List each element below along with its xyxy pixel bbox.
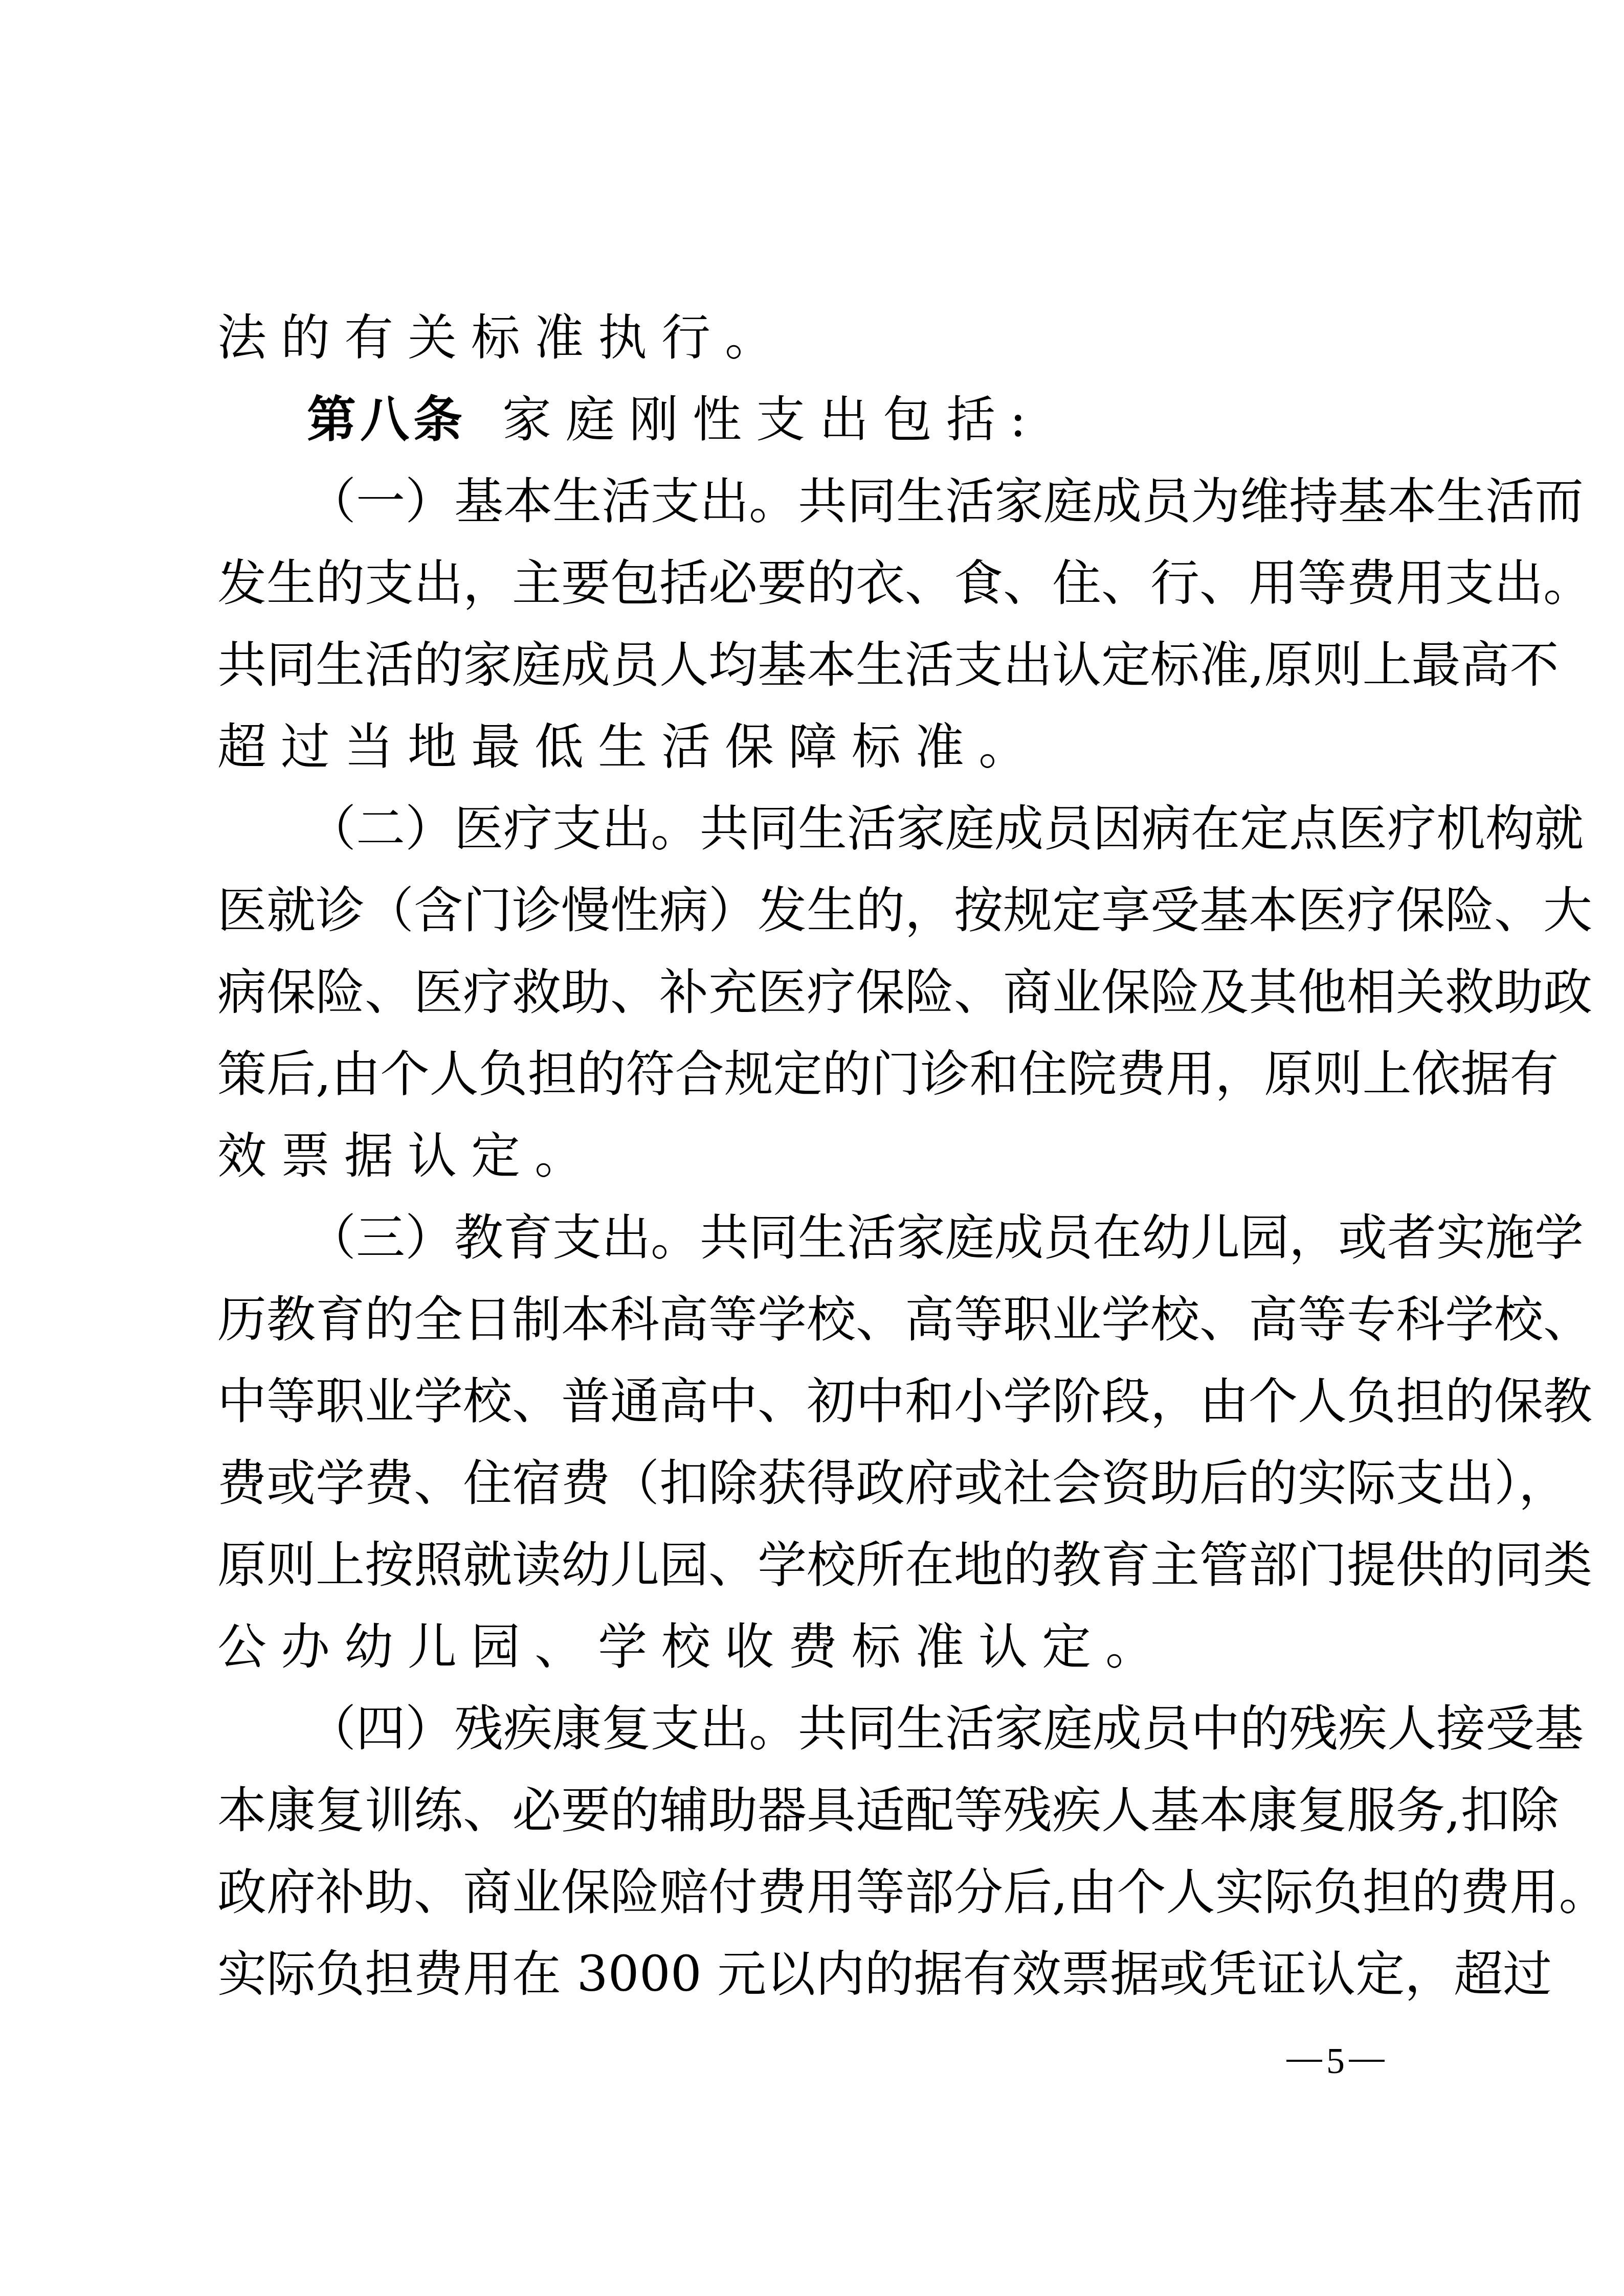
paragraph-line: 政府补助、商业保险赔付费用等部分后,由个人实际负担的费用。 bbox=[217, 1856, 1418, 1928]
paragraph-line: 超过当地最低生活保障标准。 bbox=[217, 711, 1418, 782]
paragraph-line: 原则上按照就读幼儿园、学校所在地的教育主管部门提供的同类 bbox=[217, 1529, 1418, 1601]
paragraph-line: 本康复训练、必要的辅助器具适配等残疾人基本康复服务,扣除 bbox=[217, 1774, 1418, 1846]
paragraph-line-item-3: （三）教育支出。共同生活家庭成员在幼儿园，或者实施学 bbox=[307, 1202, 1418, 1273]
paragraph-line: 法的有关标准执行。 bbox=[217, 302, 1418, 373]
paragraph-line: 中等职业学校、普通高中、初中和小学阶段，由个人负担的保教 bbox=[217, 1365, 1418, 1437]
article-number: 第八条 bbox=[307, 391, 466, 448]
article-title: 家庭刚性支出包括: bbox=[502, 391, 1040, 448]
page-number-dash-right bbox=[1349, 2060, 1385, 2062]
paragraph-line: 共同生活的家庭成员人均基本生活支出认定标准,原则上最高不 bbox=[217, 629, 1418, 701]
page-number-dash-left bbox=[1286, 2060, 1322, 2062]
paragraph-line: 效票据认定。 bbox=[217, 1120, 1418, 1191]
paragraph-line: 病保险、医疗救助、补充医疗保险、商业保险及其他相关救助政 bbox=[217, 956, 1418, 1028]
paragraph-line-item-1: （一）基本生活支出。共同生活家庭成员为维持基本生活而 bbox=[307, 465, 1418, 537]
paragraph-line: 公办幼儿园、学校收费标准认定。 bbox=[217, 1611, 1418, 1682]
paragraph-line-item-4: （四）残疾康复支出。共同生活家庭成员中的残疾人接受基 bbox=[307, 1693, 1418, 1764]
article-heading-line: 第八条家庭刚性支出包括: bbox=[307, 384, 1418, 455]
paragraph-line: 费或学费、住宿费（扣除获得政府或社会资助后的实际支出）， bbox=[217, 1447, 1418, 1519]
document-page: 法的有关标准执行。 第八条家庭刚性支出包括: （一）基本生活支出。共同生活家庭成… bbox=[0, 0, 1624, 2296]
page-number-value: 5 bbox=[1326, 2040, 1345, 2081]
paragraph-line-item-2: （二）医疗支出。共同生活家庭成员因病在定点医疗机构就 bbox=[307, 793, 1418, 864]
paragraph-line: 策后,由个人负担的符合规定的门诊和住院费用，原则上依据有 bbox=[217, 1038, 1418, 1110]
paragraph-line: 历教育的全日制本科高等学校、高等职业学校、高等专科学校、 bbox=[217, 1284, 1418, 1355]
paragraph-line: 医就诊（含门诊慢性病）发生的，按规定享受基本医疗保险、大 bbox=[217, 874, 1418, 946]
paragraph-line: 发生的支出，主要包括必要的衣、食、住、行、用等费用支出。 bbox=[217, 547, 1418, 619]
paragraph-line: 实际负担费用在 3000 元以内的据有效票据或凭证认定，超过 bbox=[217, 1938, 1418, 2010]
page-number: 5 bbox=[1286, 2040, 1385, 2081]
